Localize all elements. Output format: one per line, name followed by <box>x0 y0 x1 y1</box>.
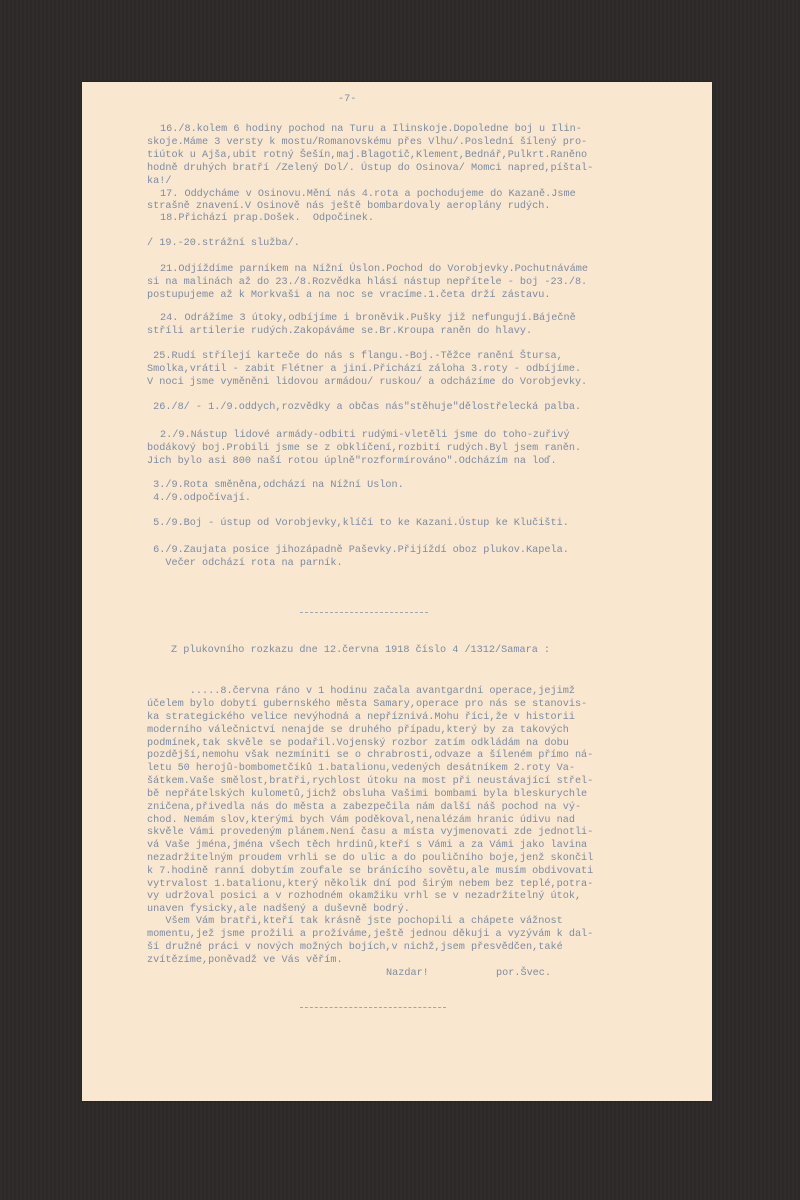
diary-line: hodně druhých bratří /Zelený Dol/. Ústup… <box>147 163 593 175</box>
section-divider-top <box>300 612 428 613</box>
order-line: chod. Nemám slov,kterými bych Vám poděko… <box>147 815 575 827</box>
order-line: šátkem.Vaše smělost,bratři,rychlost útok… <box>147 776 593 788</box>
diary-line: 21.Odjíždíme parníkem na Nížní Úslon.Poc… <box>160 264 588 276</box>
diary-line: 17. Oddycháme v Osinovu.Mění nás 4.rota … <box>160 189 576 201</box>
diary-line: ka!/ <box>147 176 171 188</box>
order-line: unaven fysicky,ale nadšený a duševně bod… <box>147 904 410 916</box>
page-number: -7- <box>338 94 356 105</box>
order-line: k 7.hodině ranní dobytím zoufale se brán… <box>147 866 593 878</box>
order-line: moderního válečnictví nenajde se druhého… <box>147 725 569 737</box>
order-heading: Z plukovního rozkazu dne 12.června 1918 … <box>171 645 550 657</box>
order-line: nezadržitelným proudem vrhli se do ulic … <box>147 853 593 865</box>
diary-line: Večer odchází rota na parník. <box>147 558 343 570</box>
diary-line: Jich bylo asi 800 naší rotou úplně"rozfo… <box>147 456 557 468</box>
order-line: momentu,jež jsme prožili a prožíváme,ješ… <box>147 929 593 941</box>
order-line: letu 50 herojů-bombometčíků 1.batalionu,… <box>147 763 575 775</box>
order-line: ší družné práci v nových možných bojích,… <box>147 942 563 954</box>
diary-line: postupujeme až k Morkvaši a na noc se vr… <box>147 290 551 302</box>
diary-line: 2./9.Nástup lidové armády-odbiti rudými-… <box>160 430 570 442</box>
diary-line: 25.Rudí střílejí karteče do nás s flangu… <box>147 351 563 363</box>
diary-line: strašně znavení.V Osinově nás ještě bomb… <box>147 201 551 213</box>
order-line: zvítězíme,poněvadž ve Vás věřím. <box>147 955 343 967</box>
diary-line: / 19.-20.strážní služba/. <box>147 238 300 250</box>
diary-line: skoje.Máme 3 versty k mostu/Romanovskému… <box>147 137 587 149</box>
section-divider-bottom <box>300 1007 446 1008</box>
diary-line: 4./9.odpočívají. <box>147 493 251 505</box>
order-line: .....8.června ráno v 1 hodinu začala ava… <box>147 686 575 698</box>
order-line: účelem bylo dobytí gubernského města Sam… <box>147 699 587 711</box>
diary-line: tiútok u Ajša,ubit rotný Šešín,maj.Blago… <box>147 150 587 162</box>
order-line: skvěle Vámi provedeným plánem.Není času … <box>147 827 593 839</box>
order-line: vytrvalost 1.batalionu,který několik dní… <box>147 879 593 891</box>
order-line: bě nepřátelských kulometů,jichž obsluha … <box>147 789 587 801</box>
document-page: -7- 16./8.kolem 6 hodiny pochod na Turu … <box>82 82 712 1101</box>
diary-line: V noci jsme vyměněni lidovou armádou/ ru… <box>147 377 587 389</box>
order-line: vá Vaše jména,jména všech těch hrdinů,kt… <box>147 840 587 852</box>
diary-line: si na malinách až do 23./8.Rozvědka hlás… <box>147 277 587 289</box>
signature: por.Švec. <box>496 968 551 980</box>
order-line: ka strategického velice nevýhodná a nepř… <box>147 712 575 724</box>
order-line: pozdější,nemohu však nezmíniti se o chra… <box>147 750 593 762</box>
diary-line: 24. Odrážíme 3 útoky,odbíjíme i broněvik… <box>160 313 576 325</box>
diary-line: 16./8.kolem 6 hodiny pochod na Turu a Il… <box>160 124 582 136</box>
diary-line: bodákový boj.Probili jsme se z obklíčení… <box>147 443 581 455</box>
closing-salutation: Nazdar! <box>386 968 429 980</box>
order-line: podmínek,tak skvěle se podařil.Vojenský … <box>147 738 569 750</box>
diary-line: 3./9.Rota směněna,odchází na Nížní Uslon… <box>147 480 404 492</box>
diary-line: 5./9.Boj - ústup od Vorobjevky,klíčí to … <box>147 518 569 530</box>
order-line: zničena,přivedla nás do města a zabezpeč… <box>147 802 581 814</box>
diary-line: 18.Přichází prap.Došek. Odpočinek. <box>160 213 374 225</box>
diary-line: Smolka,vrátil - zabit Flétner a jiní.Při… <box>147 364 581 376</box>
diary-line: 26./8/ - 1./9.oddych,rozvědky a občas ná… <box>147 402 581 414</box>
diary-line: stříli artilerie rudých.Zakopáváme se.Br… <box>147 326 532 338</box>
order-line: Všem Vám bratři,kteří tak krásně jste po… <box>147 916 563 928</box>
diary-line: 6./9.Zaujata posice jihozápadně Paševky.… <box>147 545 569 557</box>
order-line: vy udržoval posici a v rozhodném okamžik… <box>147 891 581 903</box>
